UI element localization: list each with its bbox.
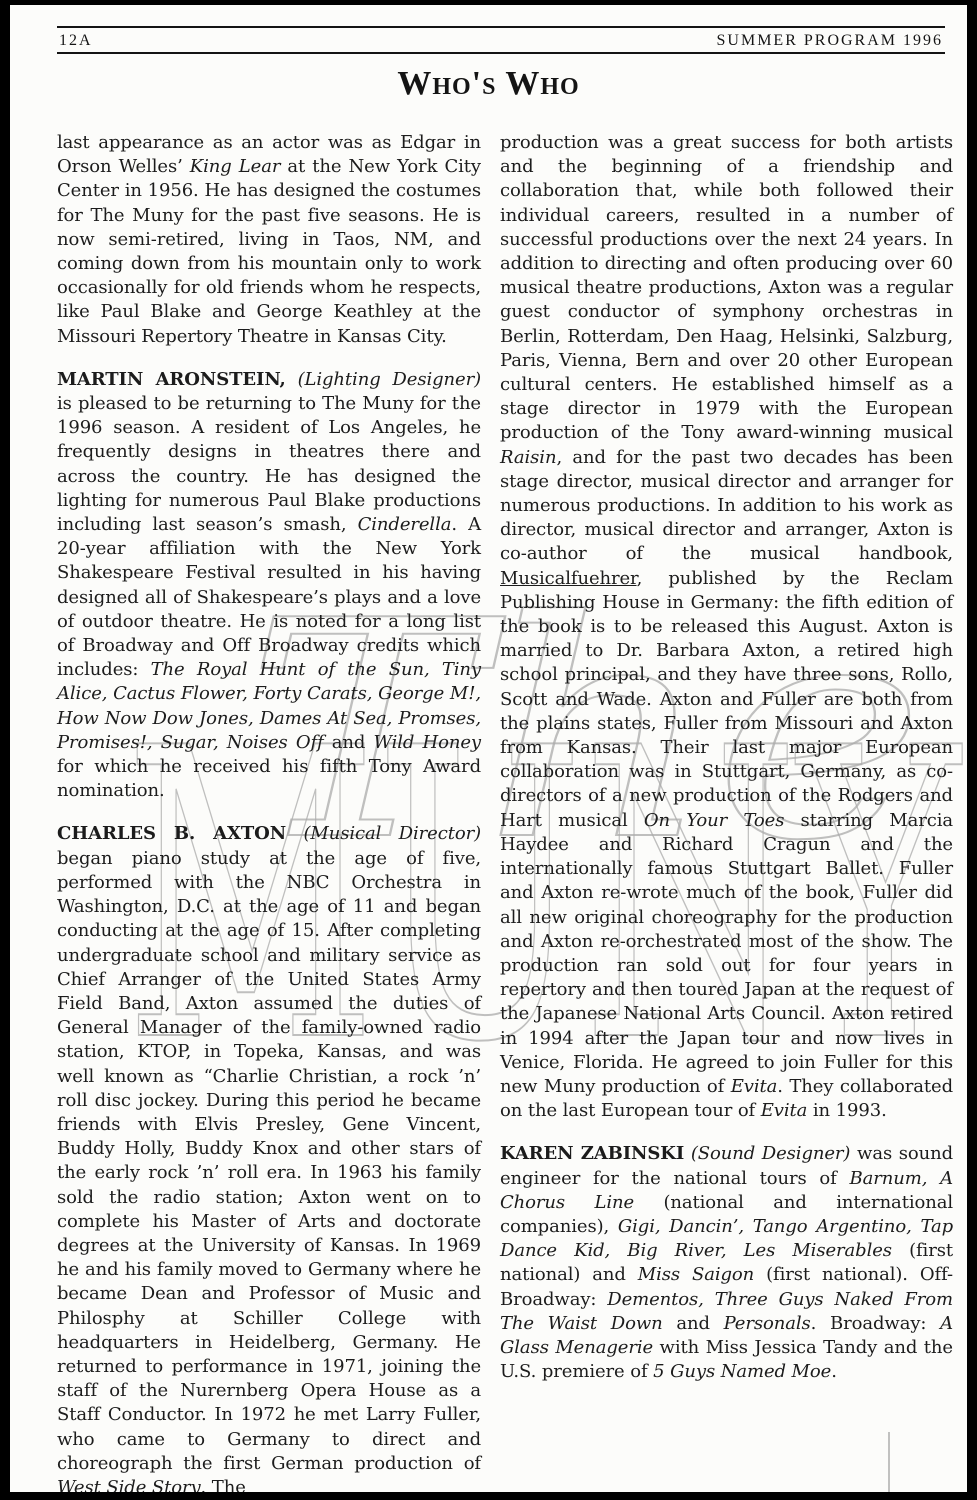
program-name: SUMMER PROGRAM 1996 — [717, 32, 943, 50]
page-header: 12A SUMMER PROGRAM 1996 — [57, 26, 945, 54]
underlined-title: Musicalfuehrer — [500, 568, 637, 589]
right-column: production was a great success for both … — [500, 131, 953, 1492]
body-text: production was a great success for both … — [500, 132, 953, 443]
body-text: . A 20-year affiliation with the New Yor… — [57, 514, 481, 680]
body-text: starring Marcia Haydee and Richard Cragu… — [500, 810, 953, 1097]
body-text: . — [831, 1361, 837, 1382]
bio-axton-continuation: production was a great success for both … — [500, 131, 953, 1123]
bio-continuation-paragraph: last appearance as an actor was as Edgar… — [57, 131, 481, 349]
scan-artifact-line — [888, 1432, 890, 1492]
work-title: Evita — [731, 1076, 778, 1097]
body-text: for which he received his fifth Tony Awa… — [57, 756, 481, 801]
page-scan-area: The MUNY 12A SUMMER PROGRAM 1996 Who's W… — [10, 5, 967, 1492]
body-text — [286, 823, 303, 844]
body-text: , and for the past two decades has been … — [500, 447, 953, 565]
left-column: last appearance as an actor was as Edgar… — [57, 131, 481, 1492]
work-title: West Side Story — [57, 1477, 201, 1492]
work-title: King Lear — [190, 156, 281, 177]
body-text: , published by the Reclam Publishing Hou… — [500, 568, 953, 831]
work-title: Miss Saigon — [638, 1264, 754, 1285]
work-title: Raisin — [500, 447, 556, 468]
work-title: (Lighting Designer) — [298, 369, 481, 390]
work-title: On Your Toes — [644, 810, 784, 831]
work-title: Wild Honey — [374, 732, 481, 753]
bio-martin-aronstein: MARTIN ARONSTEIN, (Lighting Designer) is… — [57, 368, 481, 804]
two-column-text: last appearance as an actor was as Edgar… — [57, 131, 953, 1492]
person-name: MARTIN ARONSTEIN, — [57, 369, 286, 390]
body-text: and — [324, 732, 374, 753]
work-title: (Sound Designer) — [691, 1143, 851, 1164]
work-title: Evita — [761, 1100, 808, 1121]
page-title: Who's Who — [10, 65, 967, 103]
body-text: . Broadway: — [811, 1313, 940, 1334]
work-title: Cinderella — [358, 514, 452, 535]
body-text: and — [663, 1313, 724, 1334]
body-text: began piano study at the age of five, pe… — [57, 848, 481, 1474]
page-number: 12A — [59, 32, 93, 50]
person-name: CHARLES B. AXTON — [57, 823, 286, 844]
work-title: 5 Guys Named Moe — [653, 1361, 831, 1382]
bio-karen-zabinski: KAREN ZABINSKI (Sound Designer) was soun… — [500, 1142, 953, 1384]
body-text: at the New York City Center in 1956. He … — [57, 156, 481, 346]
bio-charles-axton: CHARLES B. AXTON (Musical Director) bega… — [57, 822, 481, 1492]
body-text: in 1993. — [807, 1100, 886, 1121]
body-text — [286, 369, 298, 390]
work-title: (Musical Director) — [303, 823, 481, 844]
body-text — [684, 1143, 691, 1164]
body-text: . The — [201, 1477, 246, 1492]
work-title: Personals — [724, 1313, 811, 1334]
person-name: KAREN ZABINSKI — [500, 1143, 684, 1164]
scanned-program-page: { "header": { "page_number": "12A", "pro… — [0, 0, 977, 1500]
